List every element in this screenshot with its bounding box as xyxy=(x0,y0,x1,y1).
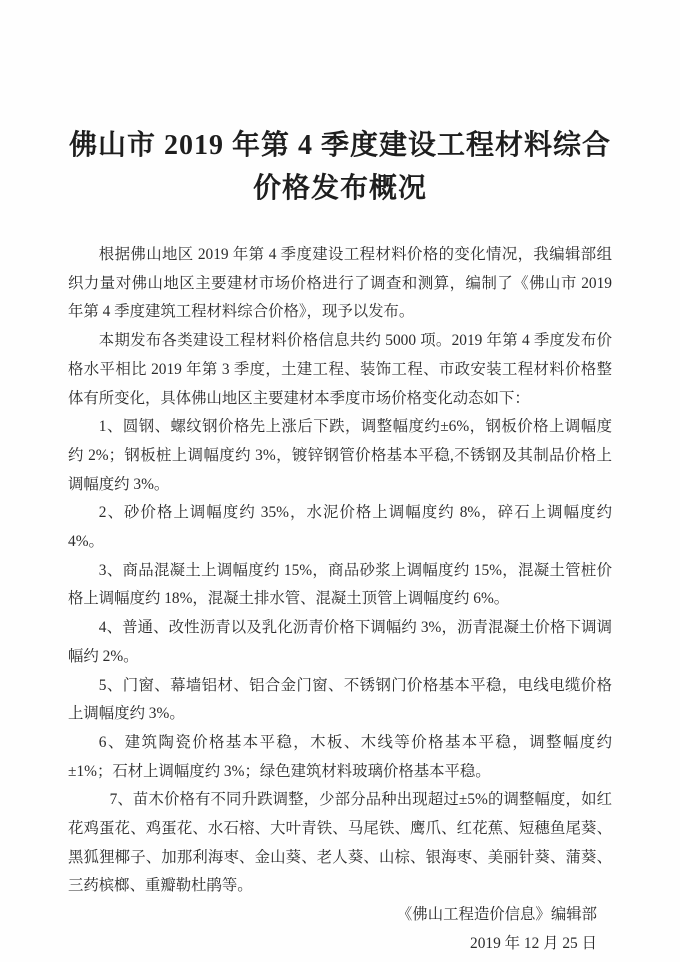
intro-paragraph: 根据佛山地区 2019 年第 4 季度建设工程材料价格的变化情况，我编辑部组织力… xyxy=(68,241,612,327)
price-item-steel: 1、圆钢、螺纹钢价格先上涨后下跌，调整幅度约±6%，钢板价格上调幅度约 2%；钢… xyxy=(68,413,612,499)
price-item-sand-cement: 2、砂价格上调幅度约 35%，水泥价格上调幅度约 8%，碎石上调幅度约 4%。 xyxy=(68,499,612,556)
price-item-concrete: 3、商品混凝土上调幅度约 15%，商品砂浆上调幅度约 15%，混凝土管桩价格上调… xyxy=(68,557,612,614)
document-body: 根据佛山地区 2019 年第 4 季度建设工程材料价格的变化情况，我编辑部组织力… xyxy=(68,241,612,959)
price-item-doors-windows: 5、门窗、幕墙铝材、铝合金门窗、不锈钢门价格基本平稳，电线电缆价格上调幅度约 3… xyxy=(68,672,612,729)
price-item-ceramics-wood: 6、建筑陶瓷价格基本平稳，木板、木线等价格基本平稳，调整幅度约±1%；石材上调幅… xyxy=(68,729,612,786)
summary-paragraph: 本期发布各类建设工程材料价格信息共约 5000 项。2019 年第 4 季度发布… xyxy=(68,327,612,413)
signature: 《佛山工程造价信息》编辑部 xyxy=(68,901,612,930)
price-item-seedlings: 7、苗木价格有不同升跌调整，少部分品种出现超过±5%的调整幅度，如红花鸡蛋花、鸡… xyxy=(68,786,612,901)
title-line-1: 佛山市 2019 年第 4 季度建设工程材料综合 xyxy=(68,124,612,167)
price-item-asphalt: 4、普通、改性沥青以及乳化沥青价格下调幅约 3%，沥青混凝土价格下调调幅约 2%… xyxy=(68,614,612,671)
publish-date: 2019 年 12 月 25 日 xyxy=(68,930,612,959)
document-title: 佛山市 2019 年第 4 季度建设工程材料综合 价格发布概况 xyxy=(68,124,612,210)
document-page: 佛山市 2019 年第 4 季度建设工程材料综合 价格发布概况 根据佛山地区 2… xyxy=(0,0,680,962)
title-line-2: 价格发布概况 xyxy=(68,167,612,210)
